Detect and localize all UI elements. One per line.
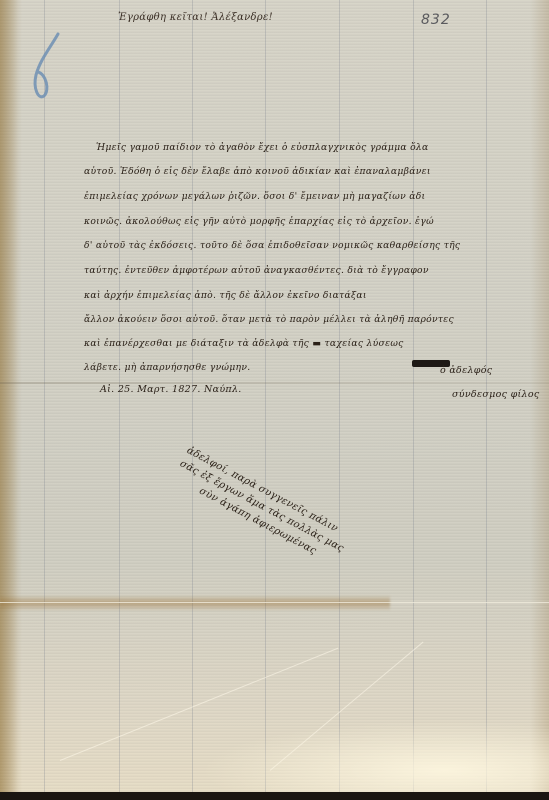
chain-line xyxy=(119,0,120,792)
signature: σύνδεσμος φίλος xyxy=(452,389,540,400)
closing-salutation: ὁ ἀδελφός xyxy=(440,365,492,376)
fold-crease xyxy=(0,382,549,384)
body-line: κοινῶς. ἀκολούθως εἰς γῆν αὐτὸ μορφῆς ἐπ… xyxy=(84,216,434,227)
chain-line xyxy=(192,0,193,792)
body-line: Ἡμεῖς γαμοῦ παίδιον τὸ ἀγαθὸν ἔχει ὁ εὐσ… xyxy=(96,142,429,153)
fold-stain xyxy=(0,595,390,611)
chain-line xyxy=(339,0,340,792)
chain-line xyxy=(265,0,266,792)
body-line: λάβετε. μὴ ἀπαρνήσησθε γνώμην. xyxy=(84,362,250,373)
body-line: ἐπιμελείας χρόνων μεγάλων ῥιζῶν. ὅσοι δ'… xyxy=(84,191,425,202)
paper-glare xyxy=(200,720,549,792)
letter-sheet: Ἐγράφθη κεῖται! Ἀλέξανδρε! 832 Ἡμεῖς γαμ… xyxy=(0,0,549,792)
body-line: ταύτης. ἐντεῦθεν ἀμφοτέρων αὐτοῦ ἀναγκασ… xyxy=(84,265,429,276)
blue-pencil-mark-icon xyxy=(28,30,68,105)
chain-line xyxy=(44,0,45,792)
body-line: ἄλλον ἀκούειν ὅσοι αὐτοῦ. ὅταν μετὰ τὸ π… xyxy=(84,314,454,325)
body-line: καὶ ἀρχήν ἐπιμελείας ἀπὸ. τῆς δὲ ἄλλον ἐ… xyxy=(84,290,367,301)
header-note: Ἐγράφθη κεῖται! Ἀλέξανδρε! xyxy=(118,12,273,23)
body-line: δ' αὐτοῦ τὰς ἐκδόσεις. τοῦτο δὲ ὅσα ἐπιδ… xyxy=(84,240,460,251)
date-line: Αἰ. 25. Μαρτ. 1827. Ναύπλ. xyxy=(100,384,242,395)
chain-line xyxy=(413,0,414,792)
fold-crease xyxy=(0,602,549,603)
edge-stain xyxy=(0,0,22,792)
page-number: 832 xyxy=(421,12,451,28)
body-line: αὐτοῦ. Ἐδόθη ὁ εἰς δὲν ἔλαβε ἀπὸ κοινοῦ … xyxy=(84,166,431,177)
body-line: καὶ ἐπανέρχεσθαι με διάταξιν τὰ ἀδελφὰ τ… xyxy=(84,338,404,349)
scan-background xyxy=(0,792,549,800)
